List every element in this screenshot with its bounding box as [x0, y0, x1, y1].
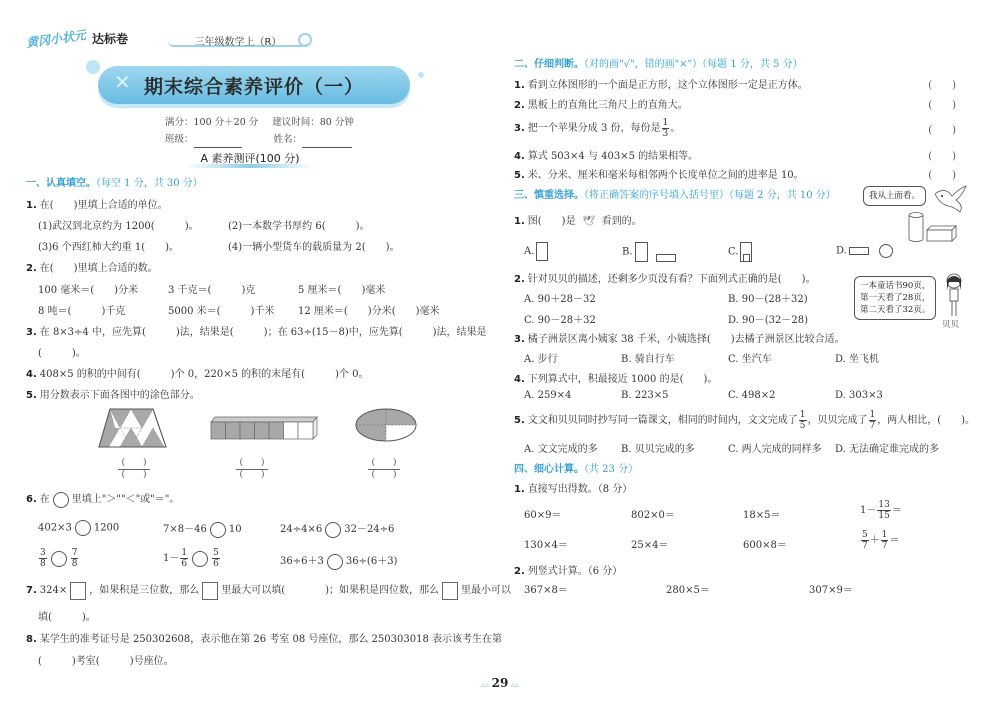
choice-1-option-b[interactable]: B. — [622, 242, 676, 262]
class-field[interactable]: 班级： — [165, 131, 242, 148]
digit-box[interactable] — [442, 582, 458, 600]
calc-item-fraction-1[interactable]: 1－1315＝ — [860, 500, 902, 521]
q1-1-item-1[interactable]: (1)武汉到北京约为 1200( )。 — [38, 217, 199, 232]
choice-2-option-a[interactable]: A. 90＋28－32 — [524, 290, 596, 305]
vertical-calc-1[interactable]: 367×8＝ — [524, 581, 568, 596]
compare-item-1: 402×31200 — [38, 520, 119, 536]
section-1-heading: 一、认真填空。（每空 1 分，共 30 分） — [26, 174, 203, 189]
trapezoid-triangles-figure — [98, 408, 168, 448]
q1-2-item-5[interactable]: 5000 米＝( )千米 — [168, 302, 274, 317]
calc-item-4[interactable]: 130×4＝ — [524, 536, 568, 551]
choice-4-option-d[interactable]: D. 303×3 — [835, 390, 883, 401]
q1-2-item-3[interactable]: 5 厘米＝( )毫米 — [298, 281, 385, 296]
cross-decoration-icon: ✕ — [114, 70, 131, 94]
page-title: 期末综合素养评价（一） — [144, 72, 364, 99]
triangle-decoration-icon: ▵▵ — [481, 680, 492, 689]
choice-4-option-a[interactable]: A. 259×4 — [524, 390, 571, 401]
part-a-underline — [185, 164, 315, 168]
rectangle-shape — [849, 247, 869, 255]
judge-item-3: 3.把一个苹果分成 3 份，每份是13。 — [514, 118, 680, 139]
cube-row-figure — [210, 414, 320, 440]
judge-item-5: 5.米、分米、厘米和毫米每相邻两个长度单位之间的进率是 10。 — [514, 166, 804, 181]
fraction-answer-3[interactable]: ( ) ( ) — [368, 458, 400, 481]
circle-shape — [879, 244, 893, 258]
brand-name: 达标卷 — [92, 30, 128, 47]
section-2-heading: 二、仔细判断。（对的画"√"，错的画"×"）（每题 1 分，共 5 分） — [514, 55, 803, 70]
calc-item-2[interactable]: 802×0＝ — [631, 506, 675, 521]
q1-1-item-4[interactable]: (4)一辆小型货车的载质量为 2( )。 — [228, 238, 400, 253]
compare-circle[interactable] — [325, 522, 341, 538]
girl-character-icon — [942, 272, 966, 318]
judge-answer-1[interactable]: ( ) — [928, 76, 956, 91]
compare-item-4: 3878 — [38, 548, 79, 569]
vertical-calc-3[interactable]: 307×9＝ — [809, 581, 853, 596]
question-1-8: 8.某学生的准考证号是 250302608，表示他在第 26 考室 08 号座位… — [26, 630, 502, 645]
compare-circle[interactable] — [75, 520, 91, 536]
choice-2-option-c[interactable]: C. 90－28＋32 — [524, 311, 596, 326]
compare-circle[interactable] — [51, 551, 67, 567]
choice-question-2: 2.针对贝贝的描述，还剩多少页没有看？下面列式正确的是( )。 — [514, 270, 816, 285]
choice-3-option-a[interactable]: A. 步行 — [524, 350, 558, 365]
beibei-speech-bubble: 一本童话书90页， 第一天看了28页， 第二天看了32页。 — [854, 276, 936, 320]
choice-4-option-b[interactable]: B. 223×5 — [621, 390, 669, 401]
choice-4-option-c[interactable]: C. 498×2 — [728, 390, 775, 401]
dot-decoration-icon — [86, 60, 100, 74]
exam-meta: 满分：100 分＋20 分 建议时间：80 分钟 班级： 姓名： — [165, 114, 354, 148]
choice-5-option-c[interactable]: C. 两人完成的同样多 — [728, 440, 822, 455]
section-4-heading: 四、细心计算。（共 23 分） — [514, 460, 638, 475]
right-page: 二、仔细判断。（对的画"√"，错的画"×"）（每题 1 分，共 5 分） 1.看… — [500, 0, 1000, 715]
choice-5-option-b[interactable]: B. 贝贝完成的多 — [621, 440, 695, 455]
compare-circle[interactable] — [327, 554, 343, 570]
ellipse-quarters-figure — [355, 408, 417, 442]
calc-item-6[interactable]: 600×8＝ — [743, 536, 787, 551]
calc-item-1[interactable]: 60×9＝ — [524, 506, 561, 521]
question-1-1: 1.在( )里填上合适的单位。 — [26, 196, 168, 211]
suggested-time: 建议时间：80 分钟 — [272, 114, 354, 131]
left-page: 黄冈小状元 达标卷 三年级数学上（R） ✕ 期末综合素养评价（一） 满分：100… — [0, 0, 500, 715]
q1-2-item-1[interactable]: 100 毫米＝( )分米 — [38, 281, 138, 296]
judge-item-2: 2.黑板上的直角比三角尺上的直角大。 — [514, 96, 688, 111]
question-1-6: 6.在里填上"＞""＜"或"＝"。 — [26, 490, 179, 508]
question-1-7: 7.324×，如果积是三位数，那么里最大可以填( )；如果积是四位数，那么里最小… — [26, 581, 511, 600]
question-1-7-cont[interactable]: 填( )。 — [38, 608, 96, 623]
brand: 黄冈小状元 达标卷 — [26, 30, 128, 47]
question-1-3[interactable]: 3.在 8×3÷4 中，应先算( )法，结果是( )；在 63÷(15－8)中，… — [26, 323, 487, 338]
calc-item-5[interactable]: 25×4＝ — [631, 536, 668, 551]
character-name: 贝贝 — [942, 318, 959, 330]
compare-item-6: 36÷6＋336÷(6＋3) — [280, 552, 397, 570]
choice-question-5: 5.文文和贝贝同时抄写同一篇课文，相同的时间内，文文完成了15，贝贝完成了17，… — [514, 410, 975, 431]
digit-box[interactable] — [70, 582, 86, 600]
bird-icon: 🕊 — [576, 216, 602, 227]
name-field[interactable]: 姓名： — [274, 131, 353, 148]
q1-2-item-6[interactable]: 12 厘米＝( )分米( )毫米 — [298, 302, 440, 317]
calc-item-3[interactable]: 18×5＝ — [743, 506, 780, 521]
choice-1-option-c[interactable]: C. — [728, 242, 752, 262]
calc-question-2: 2.列竖式计算。（6 分） — [514, 562, 622, 577]
swirl-icon — [298, 33, 312, 47]
choice-2-option-b[interactable]: B. 90－(28＋32) — [728, 290, 808, 305]
cylinder-and-cuboid-figure — [908, 212, 958, 244]
question-1-5: 5.用分数表示下面各图中的涂色部分。 — [26, 386, 200, 401]
rectangle-shape — [656, 254, 676, 262]
q1-1-item-3[interactable]: (3)6 个西红柿大约重 1( )。 — [38, 238, 179, 253]
calc-question-1: 1.直接写出得数。（8 分） — [514, 480, 632, 495]
bird-speech-bubble: 我从上面看。 — [863, 186, 926, 206]
circle-icon — [53, 492, 69, 508]
title-banner: ✕ 期末综合素养评价（一） — [98, 66, 410, 104]
dot-decoration-icon — [418, 72, 424, 78]
page-number: ▵▵ 29 ▵▵ — [460, 676, 540, 690]
judge-answer-4[interactable]: ( ) — [928, 147, 956, 162]
rectangle-shape — [635, 242, 648, 262]
judge-item-1: 1.看到立体图形的一个面是正方形，这个立体图形一定是正方体。 — [514, 76, 808, 91]
choice-5-option-d[interactable]: D. 无法确定谁完成的多 — [835, 440, 939, 455]
choice-1-option-d[interactable]: D. — [836, 244, 893, 258]
choice-5-option-a[interactable]: A. 文文完成的多 — [524, 440, 598, 455]
full-score: 满分：100 分＋20 分 — [165, 114, 258, 131]
grade-tag: 三年级数学上（R） — [168, 33, 308, 47]
compare-item-2: 7×8－4610 — [163, 520, 242, 538]
digit-box[interactable] — [202, 582, 218, 600]
triangle-decoration-icon: ▵▵ — [508, 680, 519, 689]
compare-item-5: 1－1656 — [163, 548, 221, 569]
q1-2-item-2[interactable]: 3 千克＝( )克 — [168, 281, 255, 296]
question-1-2: 2.在( )里填上合适的数。 — [26, 259, 158, 274]
choice-3-option-c[interactable]: C. 坐汽车 — [728, 350, 772, 365]
q1-1-item-2[interactable]: (2)一本数学书厚约 6( )。 — [228, 217, 370, 232]
fraction-answer-1[interactable]: ( ) ( ) — [118, 458, 150, 481]
compare-circle[interactable] — [210, 522, 226, 538]
choice-question-1: 1.图( )是🕊看到的。 — [514, 212, 642, 227]
question-1-4[interactable]: 4.408×5 的积的中间有( )个 0，220×5 的积的末尾有( )个 0。 — [26, 365, 368, 380]
bird-icon — [930, 184, 970, 214]
q1-2-item-4[interactable]: 8 吨＝( )千克 — [38, 302, 125, 317]
judge-answer-5[interactable]: ( ) — [928, 166, 956, 181]
section-3-heading: 三、慎重选择。（将正确答案的序号填入括号里）（每题 2 分，共 10 分） — [514, 186, 836, 201]
rectangle-shape — [536, 242, 548, 261]
compare-circle[interactable] — [192, 551, 208, 567]
judge-item-4: 4.算式 503×4 与 403×5 的结果相等。 — [514, 147, 698, 162]
question-1-8-cont[interactable]: ( )考室( )号座位。 — [38, 652, 174, 667]
judge-answer-3[interactable]: ( ) — [928, 121, 956, 136]
choice-3-option-d[interactable]: D. 坐飞机 — [835, 350, 879, 365]
calc-item-fraction-2[interactable]: 57＋17＝ — [860, 530, 899, 551]
question-1-3-cont[interactable]: ( )。 — [38, 344, 86, 359]
compare-item-3: 24÷4×632－24÷6 — [280, 520, 394, 538]
choice-2-option-d[interactable]: D. 90－(32－28) — [728, 311, 808, 326]
fraction-answer-2[interactable]: ( ) ( ) — [236, 458, 268, 481]
choice-3-option-b[interactable]: B. 骑自行车 — [621, 350, 675, 365]
vertical-calc-2[interactable]: 280×5＝ — [666, 581, 710, 596]
judge-answer-2[interactable]: ( ) — [928, 96, 956, 111]
brand-logo: 黄冈小状元 — [25, 26, 87, 51]
choice-question-4: 4.下列算式中，积最接近 1000 的是( )。 — [514, 370, 717, 385]
rectangle-with-square-shape — [740, 242, 752, 262]
choice-1-option-a[interactable]: A. — [524, 242, 548, 261]
choice-question-3: 3.橘子洲景区离小姨家 38 千米，小姨选择( )去橘子洲景区比较合适。 — [514, 330, 845, 345]
